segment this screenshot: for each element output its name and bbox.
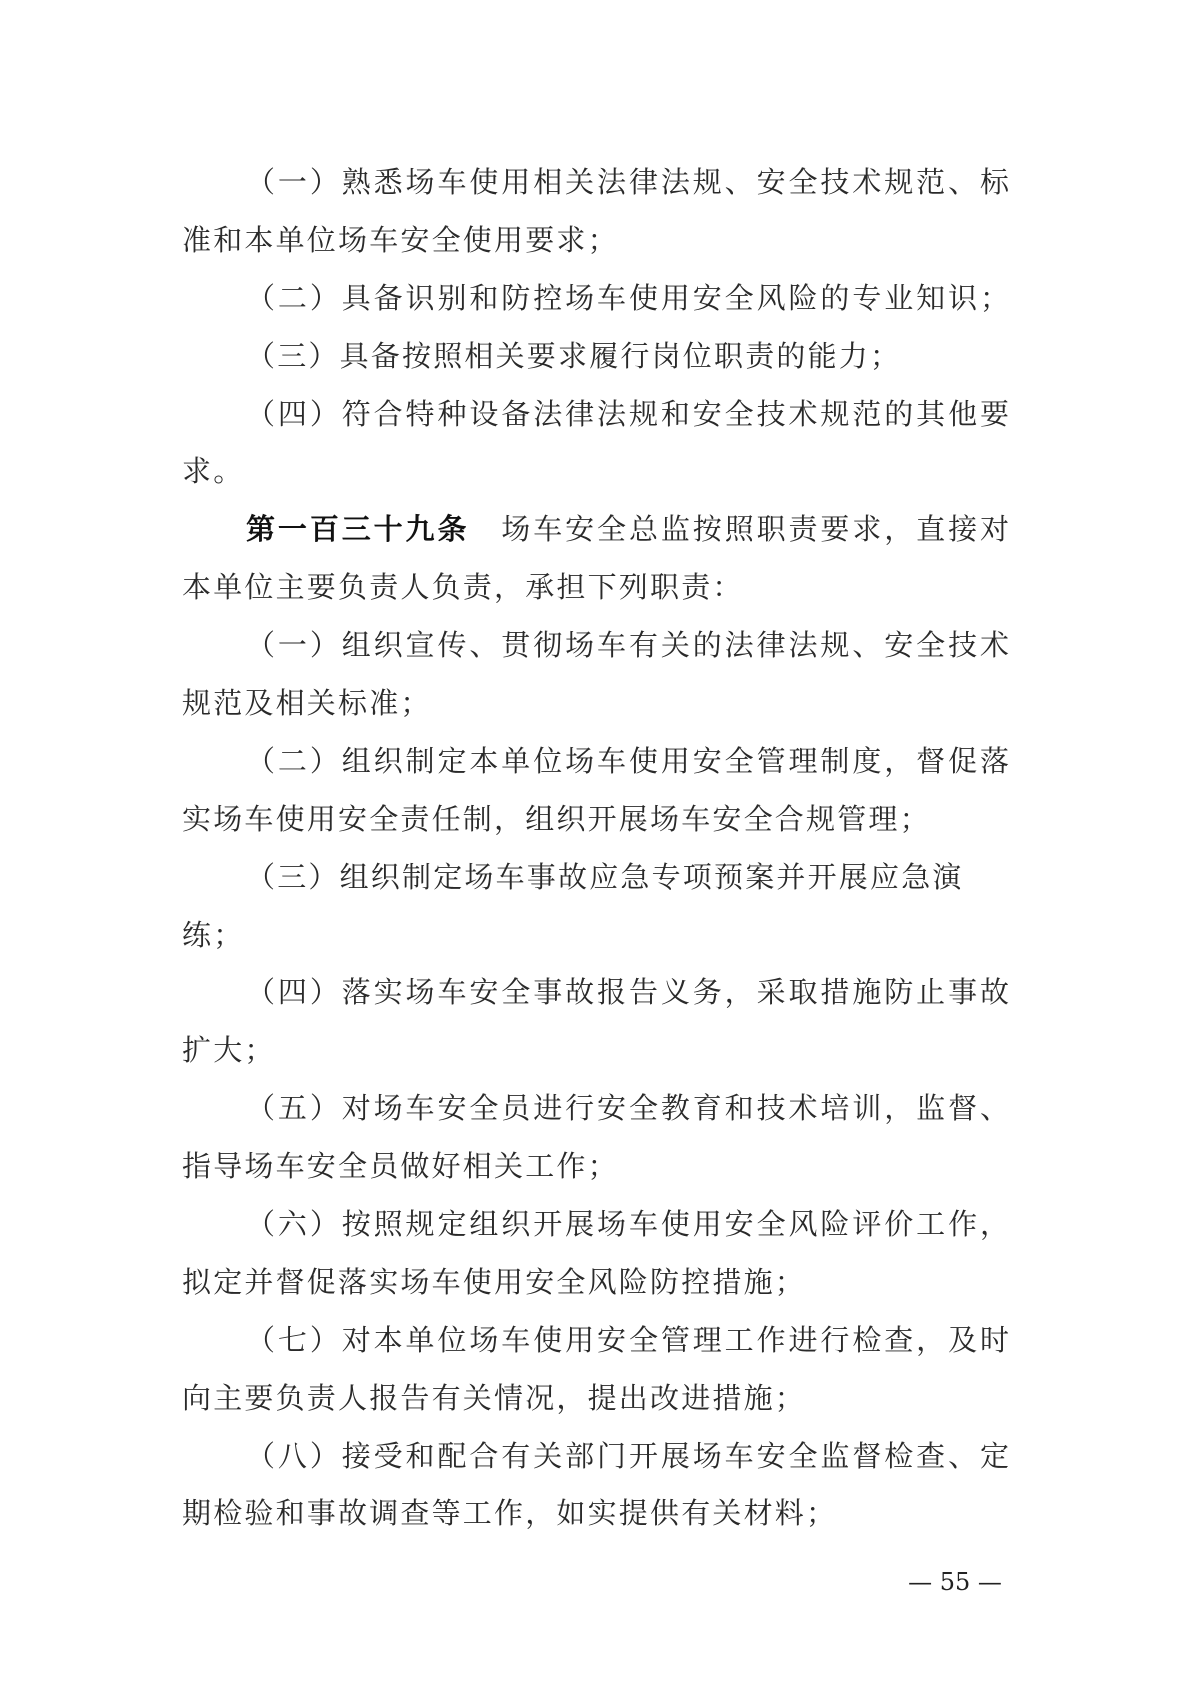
text-line: 拟定并督促落实场车使用安全风险防控措施；: [182, 1254, 1009, 1312]
line-text: 练；: [182, 918, 244, 952]
text-line: （三）组织制定场车事故应急专项预案并开展应急演: [182, 849, 1009, 907]
text-line: （四）符合特种设备法律法规和安全技术规范的其他要: [182, 386, 1009, 444]
text-line: （二）组织制定本单位场车使用安全管理制度，督促落: [182, 733, 1009, 791]
body-text: （一）熟悉场车使用相关法律法规、安全技术规范、标 准和本单位场车安全使用要求； …: [182, 154, 1009, 1543]
text-line: （七）对本单位场车使用安全管理工作进行检查，及时: [182, 1312, 1009, 1370]
line-text: 拟定并督促落实场车使用安全风险防控措施；: [182, 1265, 806, 1299]
text-line: （八）接受和配合有关部门开展场车安全监督检查、定: [182, 1428, 1009, 1486]
text-line: 求。: [182, 443, 1009, 501]
text-line: 实场车使用安全责任制，组织开展场车安全合规管理；: [182, 791, 1009, 849]
text-line: 期检验和事故调查等工作，如实提供有关材料；: [182, 1485, 1009, 1543]
text-line: 本单位主要负责人负责，承担下列职责：: [182, 559, 1009, 617]
line-text: （五）对场车安全员进行安全教育和技术培训，监督、: [246, 1091, 1009, 1125]
text-line: 准和本单位场车安全使用要求；: [182, 212, 1009, 270]
line-text: （一）组织宣传、贯彻场车有关的法律法规、安全技术: [246, 628, 1009, 662]
line-text: 期检验和事故调查等工作，如实提供有关材料；: [182, 1496, 837, 1530]
text-line: （二）具备识别和防控场车使用安全风险的专业知识；: [182, 270, 1009, 328]
text-line: 练；: [182, 907, 1009, 965]
text-line: （一）熟悉场车使用相关法律法规、安全技术规范、标: [182, 154, 1009, 212]
line-text: （三）组织制定场车事故应急专项预案并开展应急演: [246, 860, 964, 894]
document-page: （一）熟悉场车使用相关法律法规、安全技术规范、标 准和本单位场车安全使用要求； …: [0, 0, 1190, 1683]
line-text: （二）具备识别和防控场车使用安全风险的专业知识；: [246, 281, 1009, 315]
article-number: 第一百三十九条: [246, 512, 469, 546]
text-line: （四）落实场车安全事故报告义务，采取措施防止事故: [182, 964, 1009, 1022]
line-text: （一）熟悉场车使用相关法律法规、安全技术规范、标: [246, 165, 1009, 199]
line-text: 指导场车安全员做好相关工作；: [182, 1149, 619, 1183]
line-text: （八）接受和配合有关部门开展场车安全监督检查、定: [246, 1439, 1009, 1473]
article-heading-line: 第一百三十九条 场车安全总监按照职责要求，直接对: [182, 501, 1009, 559]
line-text: 规范及相关标准；: [182, 686, 432, 720]
text-line: 指导场车安全员做好相关工作；: [182, 1138, 1009, 1196]
line-text: （二）组织制定本单位场车使用安全管理制度，督促落: [246, 744, 1009, 778]
line-text: （四）落实场车安全事故报告义务，采取措施防止事故: [246, 975, 1009, 1009]
line-text: （四）符合特种设备法律法规和安全技术规范的其他要: [246, 397, 1009, 431]
line-text: 准和本单位场车安全使用要求；: [182, 223, 619, 257]
text-line: （三）具备按照相关要求履行岗位职责的能力；: [182, 328, 1009, 386]
line-text: 求。: [182, 454, 244, 488]
line-text: 实场车使用安全责任制，组织开展场车安全合规管理；: [182, 802, 931, 836]
line-text: 场车安全总监按照职责要求，直接对: [469, 512, 1009, 546]
text-line: 向主要负责人报告有关情况，提出改进措施；: [182, 1370, 1009, 1428]
text-line: （一）组织宣传、贯彻场车有关的法律法规、安全技术: [182, 617, 1009, 675]
text-line: （五）对场车安全员进行安全教育和技术培训，监督、: [182, 1080, 1009, 1138]
line-text: 扩大；: [182, 1033, 276, 1067]
page-number: — 55 —: [895, 1566, 1015, 1598]
line-text: （七）对本单位场车使用安全管理工作进行检查，及时: [246, 1323, 1009, 1357]
line-text: 本单位主要负责人负责，承担下列职责：: [182, 570, 744, 604]
text-line: （六）按照规定组织开展场车使用安全风险评价工作，: [182, 1196, 1009, 1254]
line-text: （三）具备按照相关要求履行岗位职责的能力；: [246, 339, 901, 373]
line-text: 向主要负责人报告有关情况，提出改进措施；: [182, 1381, 806, 1415]
text-line: 扩大；: [182, 1022, 1009, 1080]
text-line: 规范及相关标准；: [182, 675, 1009, 733]
line-text: （六）按照规定组织开展场车使用安全风险评价工作，: [246, 1207, 1009, 1241]
